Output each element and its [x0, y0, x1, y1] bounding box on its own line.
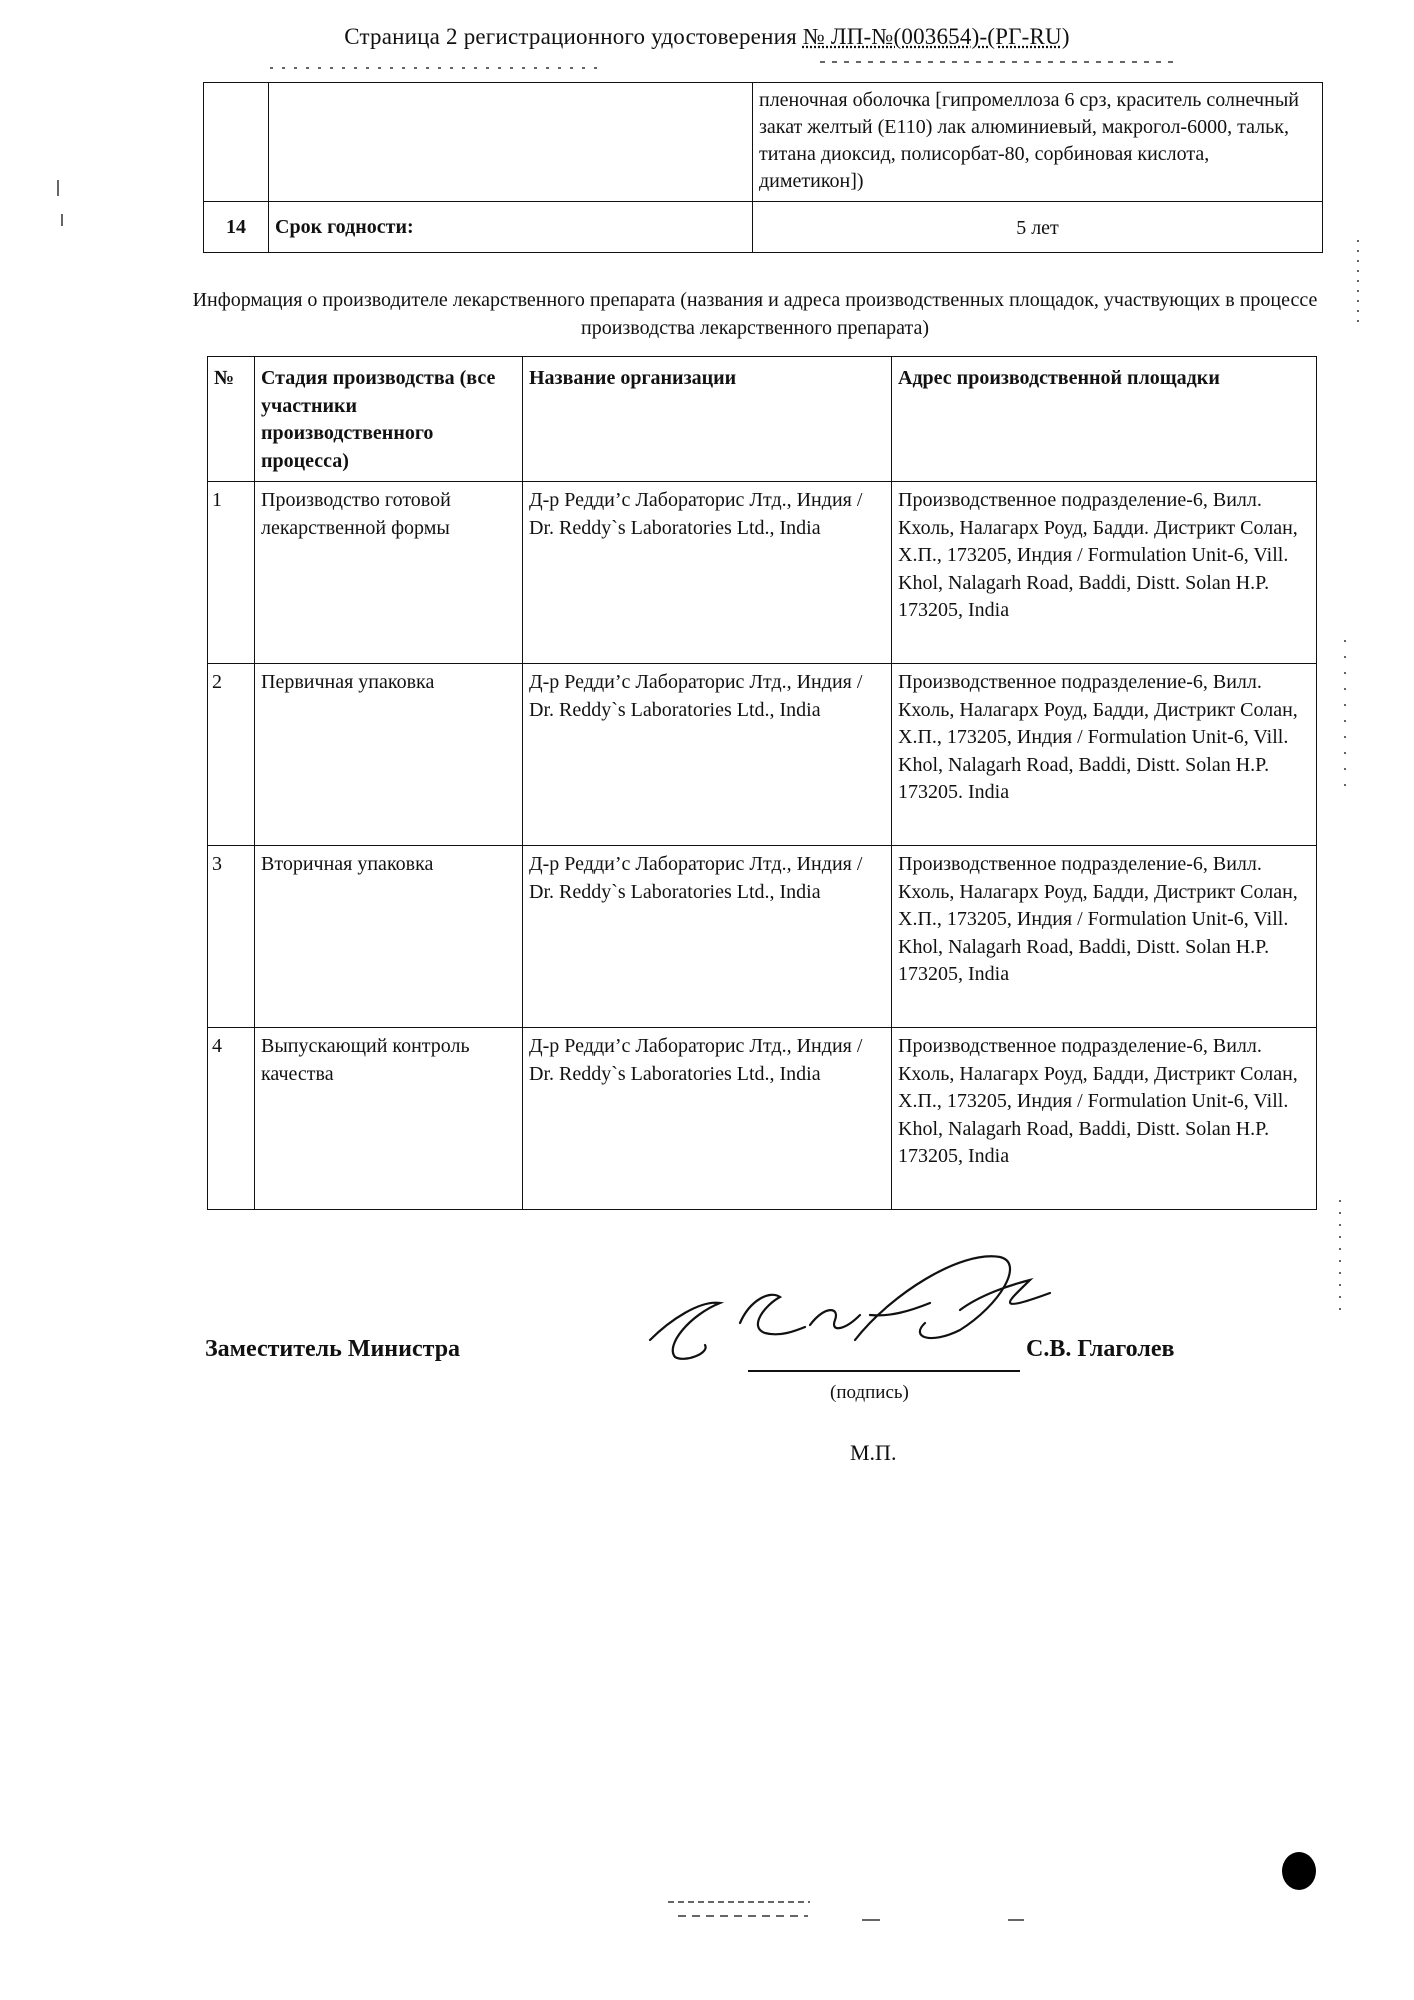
signature-caption: (подпись) [830, 1382, 909, 1404]
table-row: пленочная оболочка [гипромеллоза 6 срз, … [204, 83, 1323, 202]
column-header-stage: Стадия производства (все участники произ… [255, 357, 523, 482]
registration-number: № ЛП-№(003654)-(РГ-RU) [803, 24, 1070, 49]
manufacturer-table: № Стадия производства (все участники про… [207, 356, 1317, 1210]
organization-name: Д-р Редди’с Лабораторис Лтд., Индия / Dr… [523, 1028, 892, 1210]
organization-name: Д-р Редди’с Лабораторис Лтд., Индия / Dr… [523, 664, 892, 846]
signature-line [748, 1370, 1020, 1372]
shelf-life-value: 5 лет [753, 202, 1323, 253]
column-header-organization: Название организации [523, 357, 892, 482]
site-address: Производственное подразделение-6, Вилл. … [892, 846, 1317, 1028]
production-stage: Выпускающий контроль качества [255, 1028, 523, 1210]
production-stage: Вторичная упаковка [255, 846, 523, 1028]
site-address: Производственное подразделение-6, Вилл. … [892, 482, 1317, 664]
stamp-place-label: М.П. [850, 1440, 896, 1466]
row-label-cell [269, 83, 753, 202]
page-header: Страница 2 регистрационного удостоверени… [0, 24, 1414, 50]
production-stage: Производство готовой лекарственной формы [255, 482, 523, 664]
binder-hole-mark [1282, 1852, 1316, 1890]
product-details-table-continuation: пленочная оболочка [гипромеллоза 6 срз, … [203, 82, 1323, 253]
shelf-life-label: Срок годности: [269, 202, 753, 253]
column-header-number: № [208, 357, 255, 482]
row-number: 1 [208, 482, 255, 664]
production-stage: Первичная упаковка [255, 664, 523, 846]
column-header-address: Адрес производственной площадки [892, 357, 1317, 482]
composition-continued-cell: пленочная оболочка [гипромеллоза 6 срз, … [753, 83, 1323, 202]
organization-name: Д-р Редди’с Лабораторис Лтд., Индия / Dr… [523, 846, 892, 1028]
table-row: 3 Вторичная упаковка Д-р Редди’с Лаборат… [208, 846, 1317, 1028]
table-row: 4 Выпускающий контроль качества Д-р Редд… [208, 1028, 1317, 1210]
site-address: Производственное подразделение-6, Вилл. … [892, 664, 1317, 846]
manufacturer-section-title: Информация о производителе лекарственног… [180, 286, 1330, 342]
table-row-shelf-life: 14 Срок годности: 5 лет [204, 202, 1323, 253]
row-number: 3 [208, 846, 255, 1028]
table-header-row: № Стадия производства (все участники про… [208, 357, 1317, 482]
row-number: 4 [208, 1028, 255, 1210]
row-number-cell: 14 [204, 202, 269, 253]
organization-name: Д-р Редди’с Лабораторис Лтд., Индия / Dr… [523, 482, 892, 664]
signer-position: Заместитель Министра [205, 1336, 460, 1363]
row-number: 2 [208, 664, 255, 846]
table-row: 2 Первичная упаковка Д-р Редди’с Лаборат… [208, 664, 1317, 846]
page-header-prefix: Страница 2 регистрационного удостоверени… [344, 24, 803, 49]
site-address: Производственное подразделение-6, Вилл. … [892, 1028, 1317, 1210]
table-row: 1 Производство готовой лекарственной фор… [208, 482, 1317, 664]
handwritten-signature-icon [630, 1245, 1070, 1375]
signer-name: С.В. Глаголев [1026, 1336, 1174, 1363]
row-number-cell [204, 83, 269, 202]
